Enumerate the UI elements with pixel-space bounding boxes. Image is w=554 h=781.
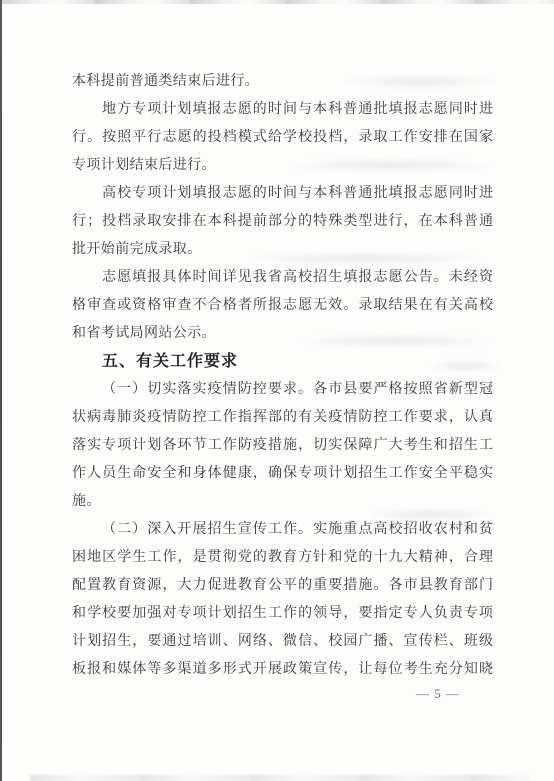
document-page: { "document": { "page_number": "— 5 —", … (0, 0, 554, 781)
text-line: 志愿填报具体时间详见我省高校招生填报志愿公告。未经资 (72, 264, 493, 292)
text-line: 状病毒肺炎疫情防控工作指挥部的有关疫情防控工作要求，认真 (72, 404, 493, 432)
text-line: 板报和媒体等多渠道多形式开展政策宣传，让每位考生充分知晓 (72, 656, 493, 684)
text-line: 高校专项计划填报志愿的时间与本科普通批填报志愿同时进 (72, 180, 493, 208)
text-line: 落实专项计划各环节工作防疫措施，切实保障广大考生和招生工 (72, 432, 493, 460)
text-line: 行。按照平行志愿的投档模式给学校投档，录取工作安排在国家 (72, 124, 493, 152)
document-body: 本科提前普通类结束后进行。地方专项计划填报志愿的时间与本科普通批填报志愿同时进行… (72, 68, 493, 684)
text-line: 行；投档录取安排在本科提前部分的特殊类型进行，在本科普通 (72, 208, 493, 236)
text-line: （一）切实落实疫情防控要求。各市县要严格按照省新型冠 (72, 376, 493, 404)
text-line: 配置教育资源，大力促进教育公平的重要措施。各市县教育部门 (72, 572, 493, 600)
text-line: 专项计划结束后进行。 (72, 152, 493, 180)
text-line: 批开始前完成录取。 (72, 236, 493, 264)
page-number: — 5 — (406, 686, 470, 702)
scan-left-edge-line (0, 0, 2, 781)
text-line: 施。 (72, 488, 493, 516)
scan-top-edge-smear (0, 0, 554, 4)
text-line: （二）深入开展招生宣传工作。实施重点高校招收农村和贫 (72, 516, 493, 544)
text-line: 计划招生，要通过培训、网络、微信、校园广播、宣传栏、班级 (72, 628, 493, 656)
text-line: 本科提前普通类结束后进行。 (72, 68, 493, 96)
text-line: 地方专项计划填报志愿的时间与本科普通批填报志愿同时进 (72, 96, 493, 124)
text-line: 和省考试局网站公示。 (72, 320, 493, 348)
text-line: 作人员生命安全和身体健康，确保专项计划招生工作安全平稳实 (72, 460, 493, 488)
scan-bottom-edge-smear (30, 775, 530, 781)
text-line: 和学校要加强对专项计划招生工作的领导，要指定专人负责专项 (72, 600, 493, 628)
text-line: 格审查或资格审查不合格者所报志愿无效。录取结果在有关高校 (72, 292, 493, 320)
section-heading: 五、有关工作要求 (72, 348, 493, 376)
text-line: 困地区学生工作，是贯彻党的教育方针和党的十九大精神，合理 (72, 544, 493, 572)
